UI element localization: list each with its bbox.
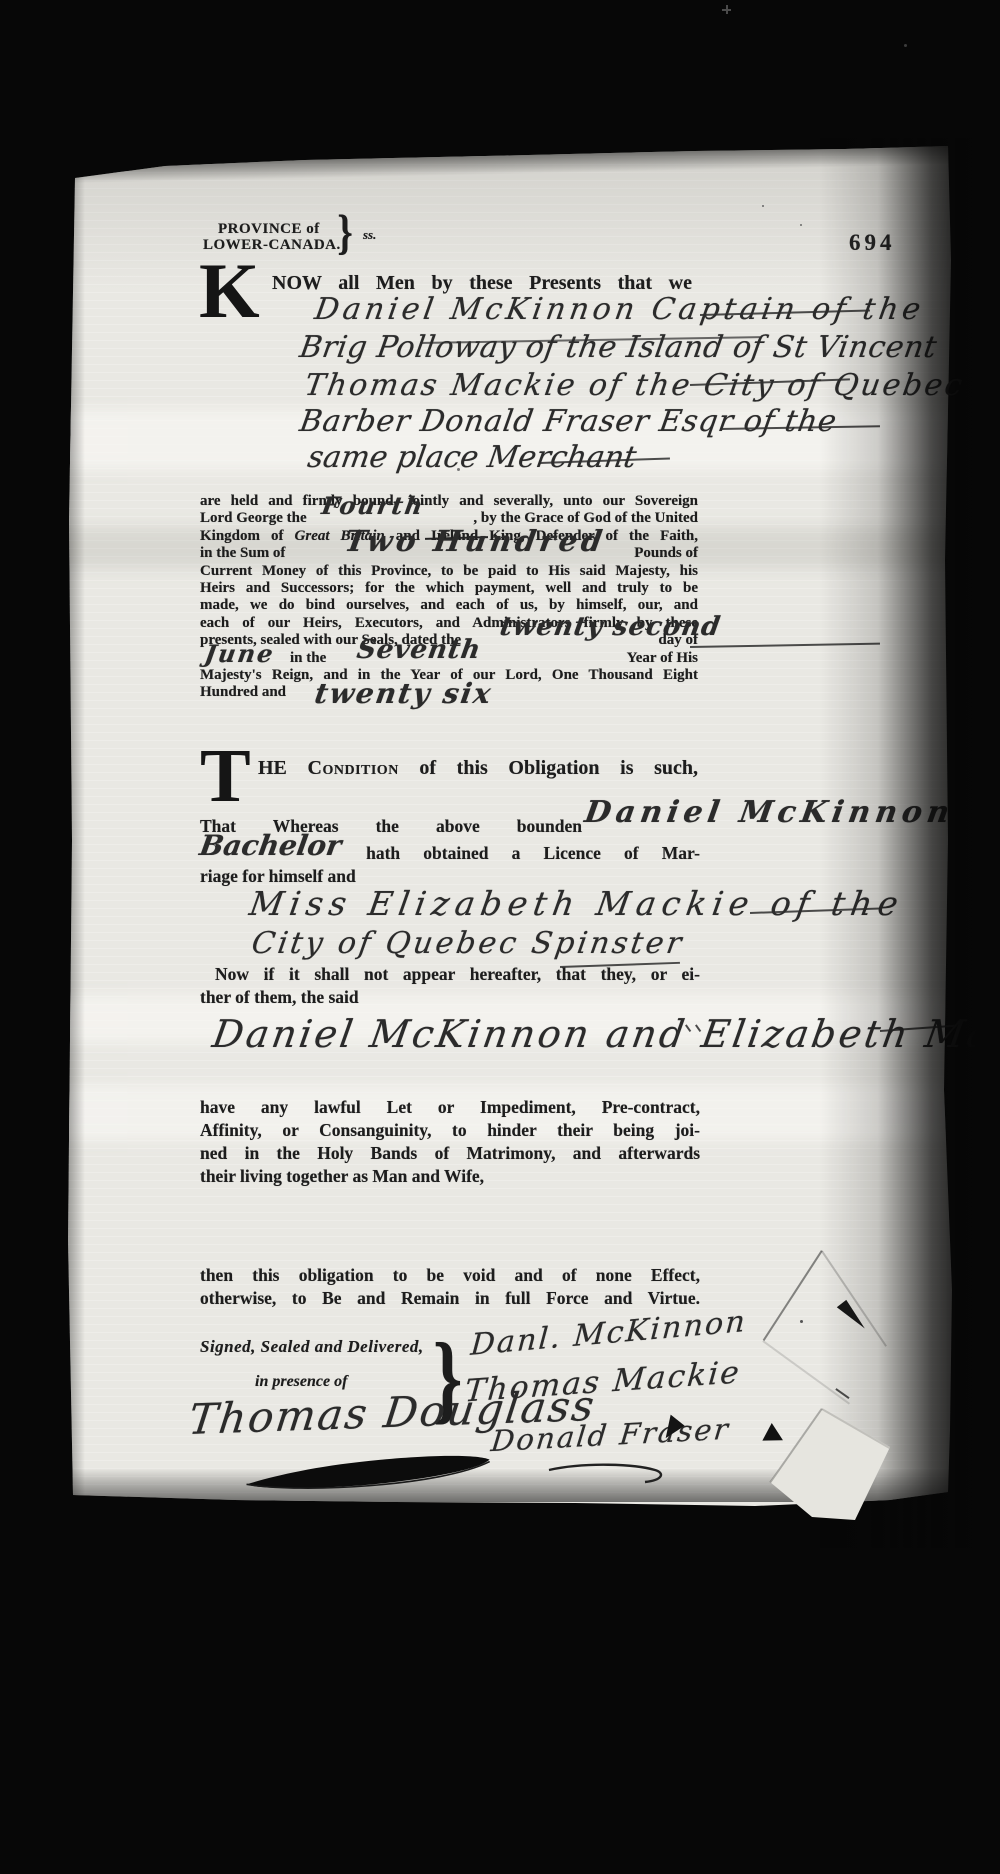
paper-speck bbox=[800, 1320, 803, 1323]
bond-sum-handwritten: Two Hundred bbox=[344, 533, 607, 550]
bond-line-2-left: Lord George the bbox=[200, 510, 307, 527]
handwritten-principal-line5: same place Merchant bbox=[305, 440, 639, 475]
bond-line-10-left: in the bbox=[290, 650, 326, 667]
bond-line-3a: Kingdom of bbox=[200, 528, 284, 544]
now-line-2: ther of them, the said bbox=[200, 986, 700, 1009]
condition-heading: HE Condition of this Obligation is such, bbox=[258, 757, 698, 780]
paper-speck bbox=[800, 224, 802, 226]
paper-speck bbox=[457, 468, 460, 471]
scanned-document: PROVINCE of LOWER-CANADA. } ss. 694 K NO… bbox=[0, 0, 1000, 1874]
impediment-line-1: have any lawful Let or Impediment, Pre-c… bbox=[200, 1096, 700, 1119]
presence-label: in presence of bbox=[255, 1373, 347, 1391]
void-line-1: then this obligation to be void and of n… bbox=[200, 1264, 700, 1287]
condition-heading-he: HE bbox=[258, 757, 287, 779]
paper-speck bbox=[762, 205, 764, 207]
province-header-line1: PROVINCE of bbox=[218, 221, 320, 238]
bond-line-4-right: Pounds of bbox=[634, 545, 698, 562]
dropcap-k: K bbox=[199, 252, 260, 330]
signature-mckinnon: Danl. McKinnon bbox=[469, 1304, 748, 1363]
ink-flourish-swoosh bbox=[239, 1441, 496, 1500]
licence-text-a: hath obtained a Licence of Mar- bbox=[366, 842, 700, 865]
void-line-2: otherwise, to Be and Remain in full Forc… bbox=[200, 1287, 700, 1310]
handwritten-principal-line4: Barber Donald Fraser Esqr of the bbox=[297, 404, 839, 439]
regnal-number-handwritten: Fourth bbox=[321, 497, 426, 514]
dropcap-t: T bbox=[200, 738, 251, 814]
bond-year-handwritten: twenty six bbox=[314, 685, 494, 702]
signature-mackie: Thomas Mackie bbox=[463, 1355, 742, 1410]
ss-abbreviation: ss. bbox=[363, 227, 376, 243]
void-paragraph: then this obligation to be void and of n… bbox=[200, 1264, 700, 1310]
bond-line-6: Heirs and Successors; for the which paym… bbox=[200, 580, 698, 597]
whereas-block: That Whereas the above bounden Daniel Mc… bbox=[200, 815, 700, 888]
bond-day-handwritten: twenty second bbox=[499, 619, 722, 636]
ink-flourish-curl bbox=[545, 1460, 675, 1486]
bond-paragraph: are held and firmly bound, jointly and s… bbox=[200, 493, 698, 702]
bond-line-5: Current Money of this Province, to be pa… bbox=[200, 563, 698, 580]
bride-line1-handwritten: Miss Elizabeth Mackie of the bbox=[247, 884, 907, 923]
header-brace: } bbox=[337, 211, 352, 255]
now-line-1: Now if it shall not appear hereafter, th… bbox=[200, 963, 700, 986]
impediment-line-2: Affinity, or Consanguinity, to hinder th… bbox=[200, 1119, 700, 1142]
impediment-line-4: their living together as Man and Wife, bbox=[200, 1165, 700, 1188]
bond-line-4-left: in the Sum of bbox=[200, 545, 285, 562]
impediment-line-3: ned in the Holy Bands of Matrimony, and … bbox=[200, 1142, 700, 1165]
bond-line-1: are held and firmly bound, jointly and s… bbox=[200, 493, 698, 510]
regnal-year-handwritten: Seventh bbox=[356, 642, 483, 659]
condition-heading-word: Condition bbox=[308, 757, 399, 779]
impediment-paragraph: have any lawful Let or Impediment, Pre-c… bbox=[200, 1096, 700, 1188]
bond-line-10-right: Year of His bbox=[627, 650, 698, 667]
now-if-block: Now if it shall not appear hereafter, th… bbox=[200, 963, 700, 1009]
signed-sealed-label: Signed, Sealed and Delivered, bbox=[200, 1337, 424, 1357]
groom-status-handwritten: Bachelor bbox=[198, 834, 343, 857]
paper-speck bbox=[214, 844, 216, 846]
condition-heading-rest: of this Obligation is such, bbox=[419, 757, 698, 779]
scan-shadow-right bbox=[820, 138, 1000, 1548]
whereas-line-2: Bachelor hath obtained a Licence of Mar- bbox=[200, 838, 700, 865]
bond-month-handwritten: June bbox=[204, 645, 276, 662]
bride-line2-handwritten: City of Quebec Spinster bbox=[249, 926, 687, 961]
